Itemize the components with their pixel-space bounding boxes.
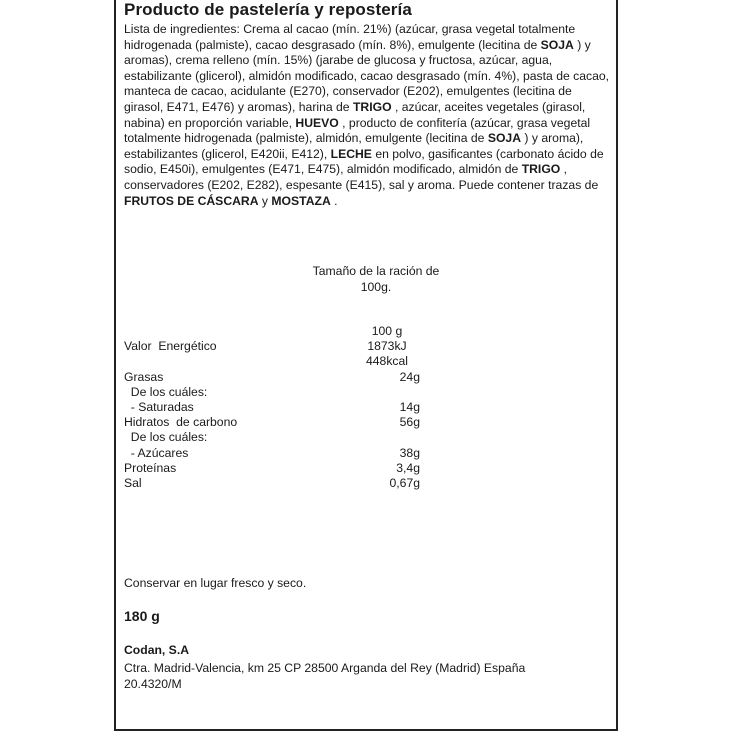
nutrient-label: - Azúcares: [124, 446, 354, 461]
allergen: FRUTOS DE CÁSCARA: [124, 194, 259, 208]
nutrient-label: Grasas: [124, 370, 354, 385]
nutrient-value: 14g: [354, 400, 420, 415]
nutrient-label: De los cuáles:: [124, 430, 354, 445]
serving-size: Tamaño de la ración de 100g.: [306, 264, 446, 295]
nutrition-row: - Azúcares38g: [124, 446, 435, 461]
ingredient-text: y: [259, 194, 272, 208]
allergen: TRIGO: [353, 100, 392, 114]
nutrient-label: De los cuáles:: [124, 385, 354, 400]
net-weight: 180 g: [124, 608, 160, 624]
nutrition-row: 448kcal: [124, 354, 435, 369]
nutrition-row: Proteínas3,4g: [124, 461, 435, 476]
ingredients-list: Lista de ingredientes: Crema al cacao (m…: [124, 22, 612, 209]
nutrient-label: Hidratos de carbono: [124, 415, 354, 430]
nutrient-value: 3,4g: [354, 461, 420, 476]
nutrition-table: 100 gValor Energético1873kJ448kcalGrasas…: [124, 324, 435, 491]
ingredient-text: Lista de ingredientes: Crema al cacao (m…: [124, 22, 575, 52]
allergen: SOJA: [541, 38, 574, 52]
nutrient-label: [124, 354, 354, 369]
nutrient-value: 448kcal: [339, 354, 435, 369]
nutrition-row: Valor Energético1873kJ: [124, 339, 435, 354]
nutrient-value: 1873kJ: [339, 339, 435, 354]
nutrition-row: - Saturadas14g: [124, 400, 435, 415]
allergen: MOSTAZA: [271, 194, 330, 208]
product-title: Producto de pastelería y repostería: [124, 0, 412, 20]
serving-size-line1: Tamaño de la ración de: [306, 264, 446, 280]
nutrient-value: [354, 385, 420, 400]
nutrient-label: Valor Energético: [124, 339, 354, 354]
nutrient-label: [124, 324, 354, 339]
nutrition-row: De los cuáles:: [124, 430, 435, 445]
nutrition-row: De los cuáles:: [124, 385, 435, 400]
nutrient-value: 0,67g: [354, 476, 420, 491]
nutrient-label: - Saturadas: [124, 400, 354, 415]
nutrient-value: 38g: [354, 446, 420, 461]
ingredient-text: .: [331, 194, 338, 208]
nutrient-label: Sal: [124, 476, 354, 491]
nutrition-row: Hidratos de carbono56g: [124, 415, 435, 430]
allergen: HUEVO: [295, 116, 338, 130]
nutrition-row: Sal0,67g: [124, 476, 435, 491]
storage-instructions: Conservar en lugar fresco y seco.: [124, 576, 306, 590]
nutrient-value: 24g: [354, 370, 420, 385]
nutrition-row: 100 g: [124, 324, 435, 339]
allergen: TRIGO: [522, 162, 561, 176]
allergen: SOJA: [488, 131, 521, 145]
nutrition-row: Grasas24g: [124, 370, 435, 385]
manufacturer-address: Ctra. Madrid-Valencia, km 25 CP 28500 Ar…: [124, 660, 525, 692]
allergen: LECHE: [331, 147, 372, 161]
nutrient-label: Proteínas: [124, 461, 354, 476]
serving-size-line2: 100g.: [306, 280, 446, 296]
nutrient-value: 56g: [354, 415, 420, 430]
manufacturer-name: Codan, S.A: [124, 643, 189, 657]
registry-code: 20.4320/M: [124, 676, 525, 692]
product-label: Producto de pastelería y repostería List…: [114, 0, 618, 731]
nutrient-value: [354, 430, 420, 445]
address-line: Ctra. Madrid-Valencia, km 25 CP 28500 Ar…: [124, 660, 525, 676]
nutrient-value: 100 g: [339, 324, 435, 339]
